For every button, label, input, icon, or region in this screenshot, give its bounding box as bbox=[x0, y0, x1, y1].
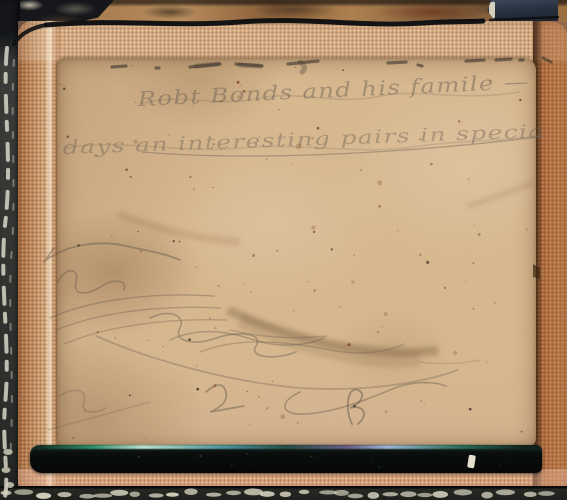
tape-left-band bbox=[18, 21, 60, 491]
tape-highlight-ridge bbox=[47, 21, 52, 491]
tape-top-band bbox=[18, 21, 567, 61]
white-paint-fleck bbox=[467, 455, 476, 469]
glass-iridescent-glint bbox=[30, 445, 542, 449]
frame-edge-bottom bbox=[0, 486, 567, 500]
paper-backing bbox=[57, 58, 536, 448]
photo-verso: Robt Bonds and his famile — days an inte… bbox=[0, 0, 567, 500]
glass-edge bbox=[30, 445, 542, 473]
tape-right-band bbox=[533, 21, 567, 491]
frame-edge-left bbox=[0, 0, 20, 500]
